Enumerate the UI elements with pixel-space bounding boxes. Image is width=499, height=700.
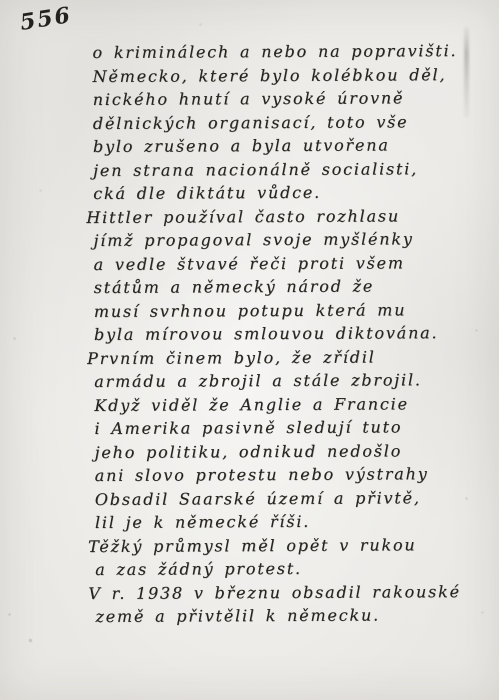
scan-smudge-artifact: [464, 26, 469, 118]
handwritten-line: a zas žádný protest.: [95, 556, 477, 581]
handwritten-line: lil je k německé říši.: [95, 509, 477, 534]
scan-noise-speckles: [0, 0, 1, 1]
handwritten-line: nického hnutí a vysoké úrovně: [93, 86, 475, 111]
handwritten-line: jen strana nacionálně socialisti,: [93, 157, 475, 182]
handwritten-line: byla mírovou smlouvou diktována.: [94, 321, 476, 346]
handwritten-line: armádu a zbrojil a stále zbrojil.: [94, 368, 476, 393]
handwritten-line: Obsadil Saarské území a přivtě,: [95, 485, 477, 510]
handwritten-line: cká dle diktátu vůdce.: [93, 180, 475, 205]
handwritten-line: Prvním činem bylo, že zřídil: [87, 344, 476, 370]
handwritten-line: státům a německý národ že: [94, 274, 476, 299]
handwritten-line: V r. 1938 v březnu obsadil rakouské: [88, 579, 477, 605]
handwritten-line: země a přivtělil k německu.: [95, 603, 477, 628]
handwritten-line: dělnických organisací, toto vše: [93, 110, 475, 135]
handwritten-line: i Amerika pasivně sledují tuto: [94, 415, 476, 440]
handwritten-line: ani slovo protestu nebo výstrahy: [95, 462, 477, 487]
handwritten-line: musí svrhnou potupu která mu: [94, 298, 476, 323]
handwritten-text-block: o kriminálech a nebo na popravišti. Něme…: [92, 39, 477, 628]
handwritten-line: bylo zrušeno a byla utvořena: [93, 133, 475, 158]
handwritten-line: Těžký průmysl měl opět v rukou: [88, 532, 477, 558]
handwritten-line: Německo, které bylo kolébkou děl,: [93, 63, 475, 88]
handwritten-line: o kriminálech a nebo na popravišti.: [92, 39, 474, 64]
handwritten-line: a vedle štvavé řeči proti všem: [94, 251, 476, 276]
scanned-page: 556 o kriminálech a nebo na popravišti. …: [0, 0, 499, 700]
handwritten-line: jímž propagoval svoje myšlénky: [93, 227, 475, 252]
handwritten-line: jeho politiku, odnikud nedošlo: [95, 438, 477, 463]
handwritten-line: Hittler používal často rozhlasu: [86, 204, 475, 230]
handwritten-line: Když viděl že Anglie a Francie: [94, 391, 476, 416]
page-number: 556: [18, 2, 73, 36]
